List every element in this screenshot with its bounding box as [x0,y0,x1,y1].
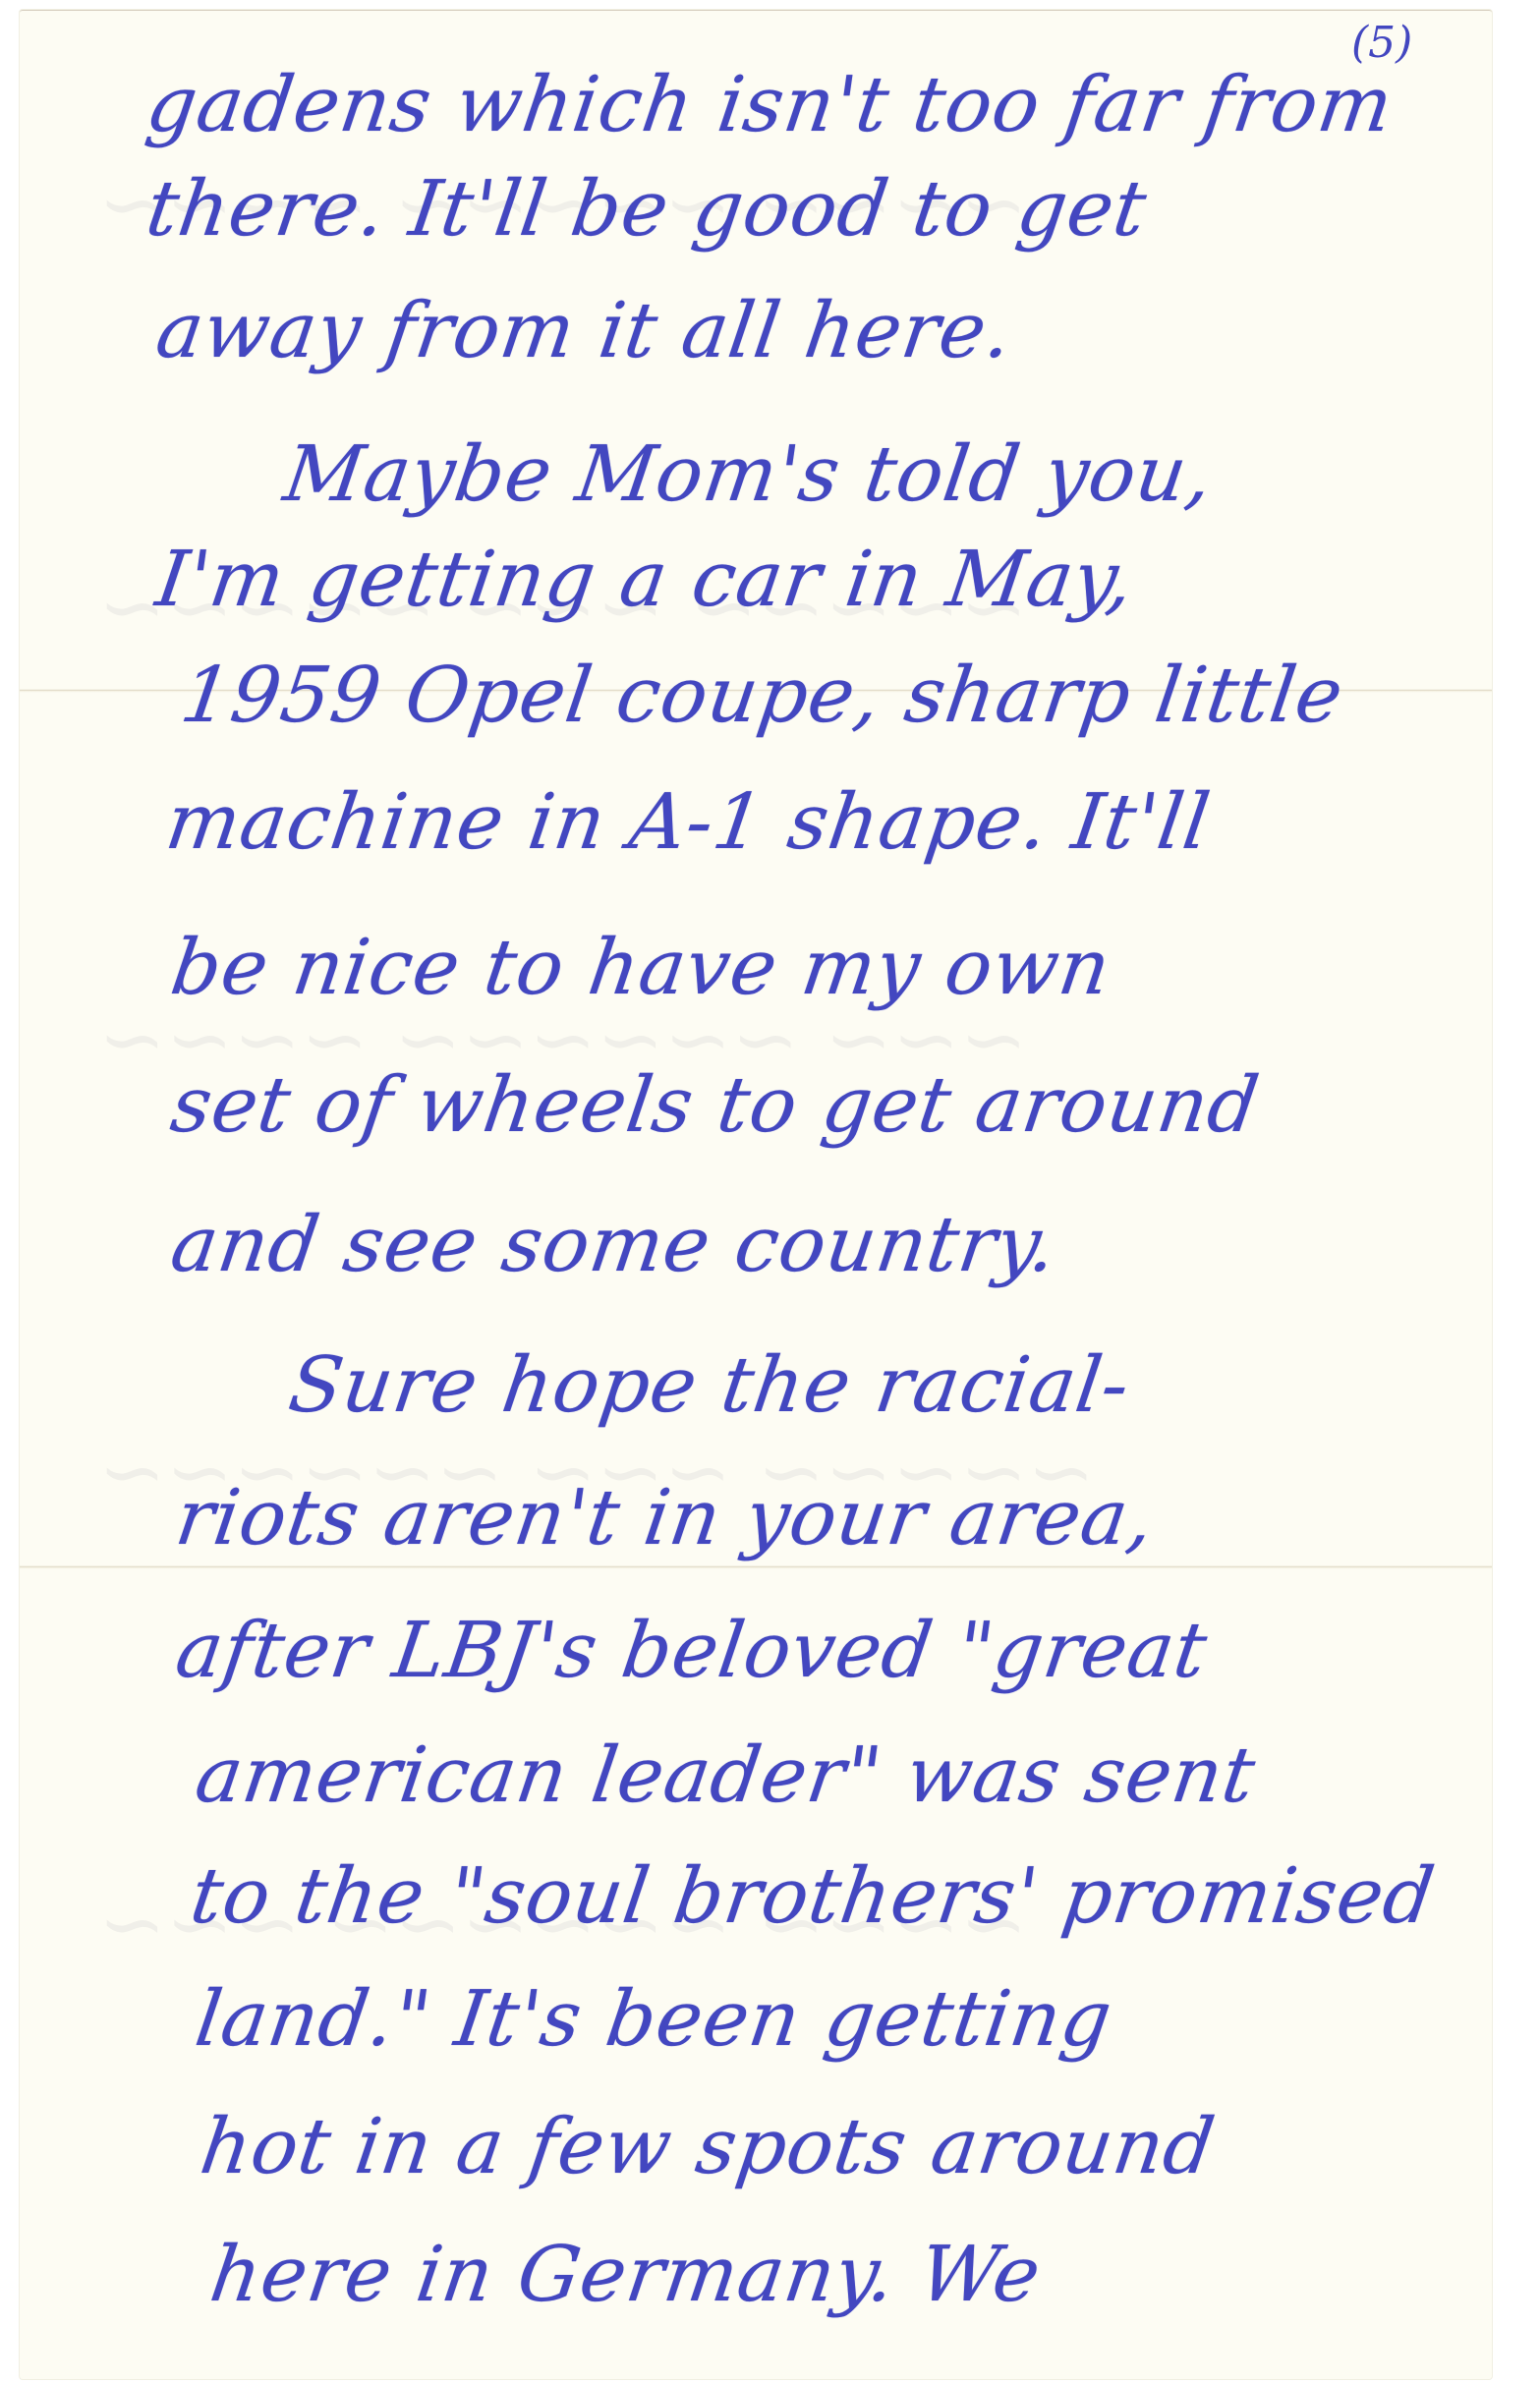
handwritten-line: there. It'll be good to get [142,165,1153,254]
handwritten-line: and see some country. [166,1201,1062,1289]
handwritten-line: set of wheels to get around [166,1061,1265,1150]
handwritten-line: hot in a few spots around [196,2103,1221,2191]
handwritten-line: to the "soul brothers' promised [186,1852,1441,1941]
handwritten-line: riots aren't in your area, [171,1474,1160,1562]
handwritten-line: be nice to have my own [166,924,1116,1012]
handwritten-line: away from it all here. [151,287,1018,375]
handwritten-line: gadens which isn't too far from [142,61,1398,149]
fold-crease [20,1565,1492,1569]
handwritten-line: Maybe Mom's told you, [279,430,1219,519]
handwritten-line: 1959 Opel coupe, sharp little [176,652,1349,740]
handwritten-line: I'm getting a car in May, [151,536,1140,624]
handwritten-line: machine in A-1 shape. It'll [161,778,1216,867]
handwritten-line: here in Germany. We [205,2231,1047,2319]
handwritten-line: land." It's been getting [191,1975,1117,2064]
handwritten-line: Sure hope the racial- [284,1341,1135,1430]
handwritten-line: after LBJ's beloved "great [171,1607,1213,1695]
handwritten-line: american leader" was sent [191,1731,1261,1820]
